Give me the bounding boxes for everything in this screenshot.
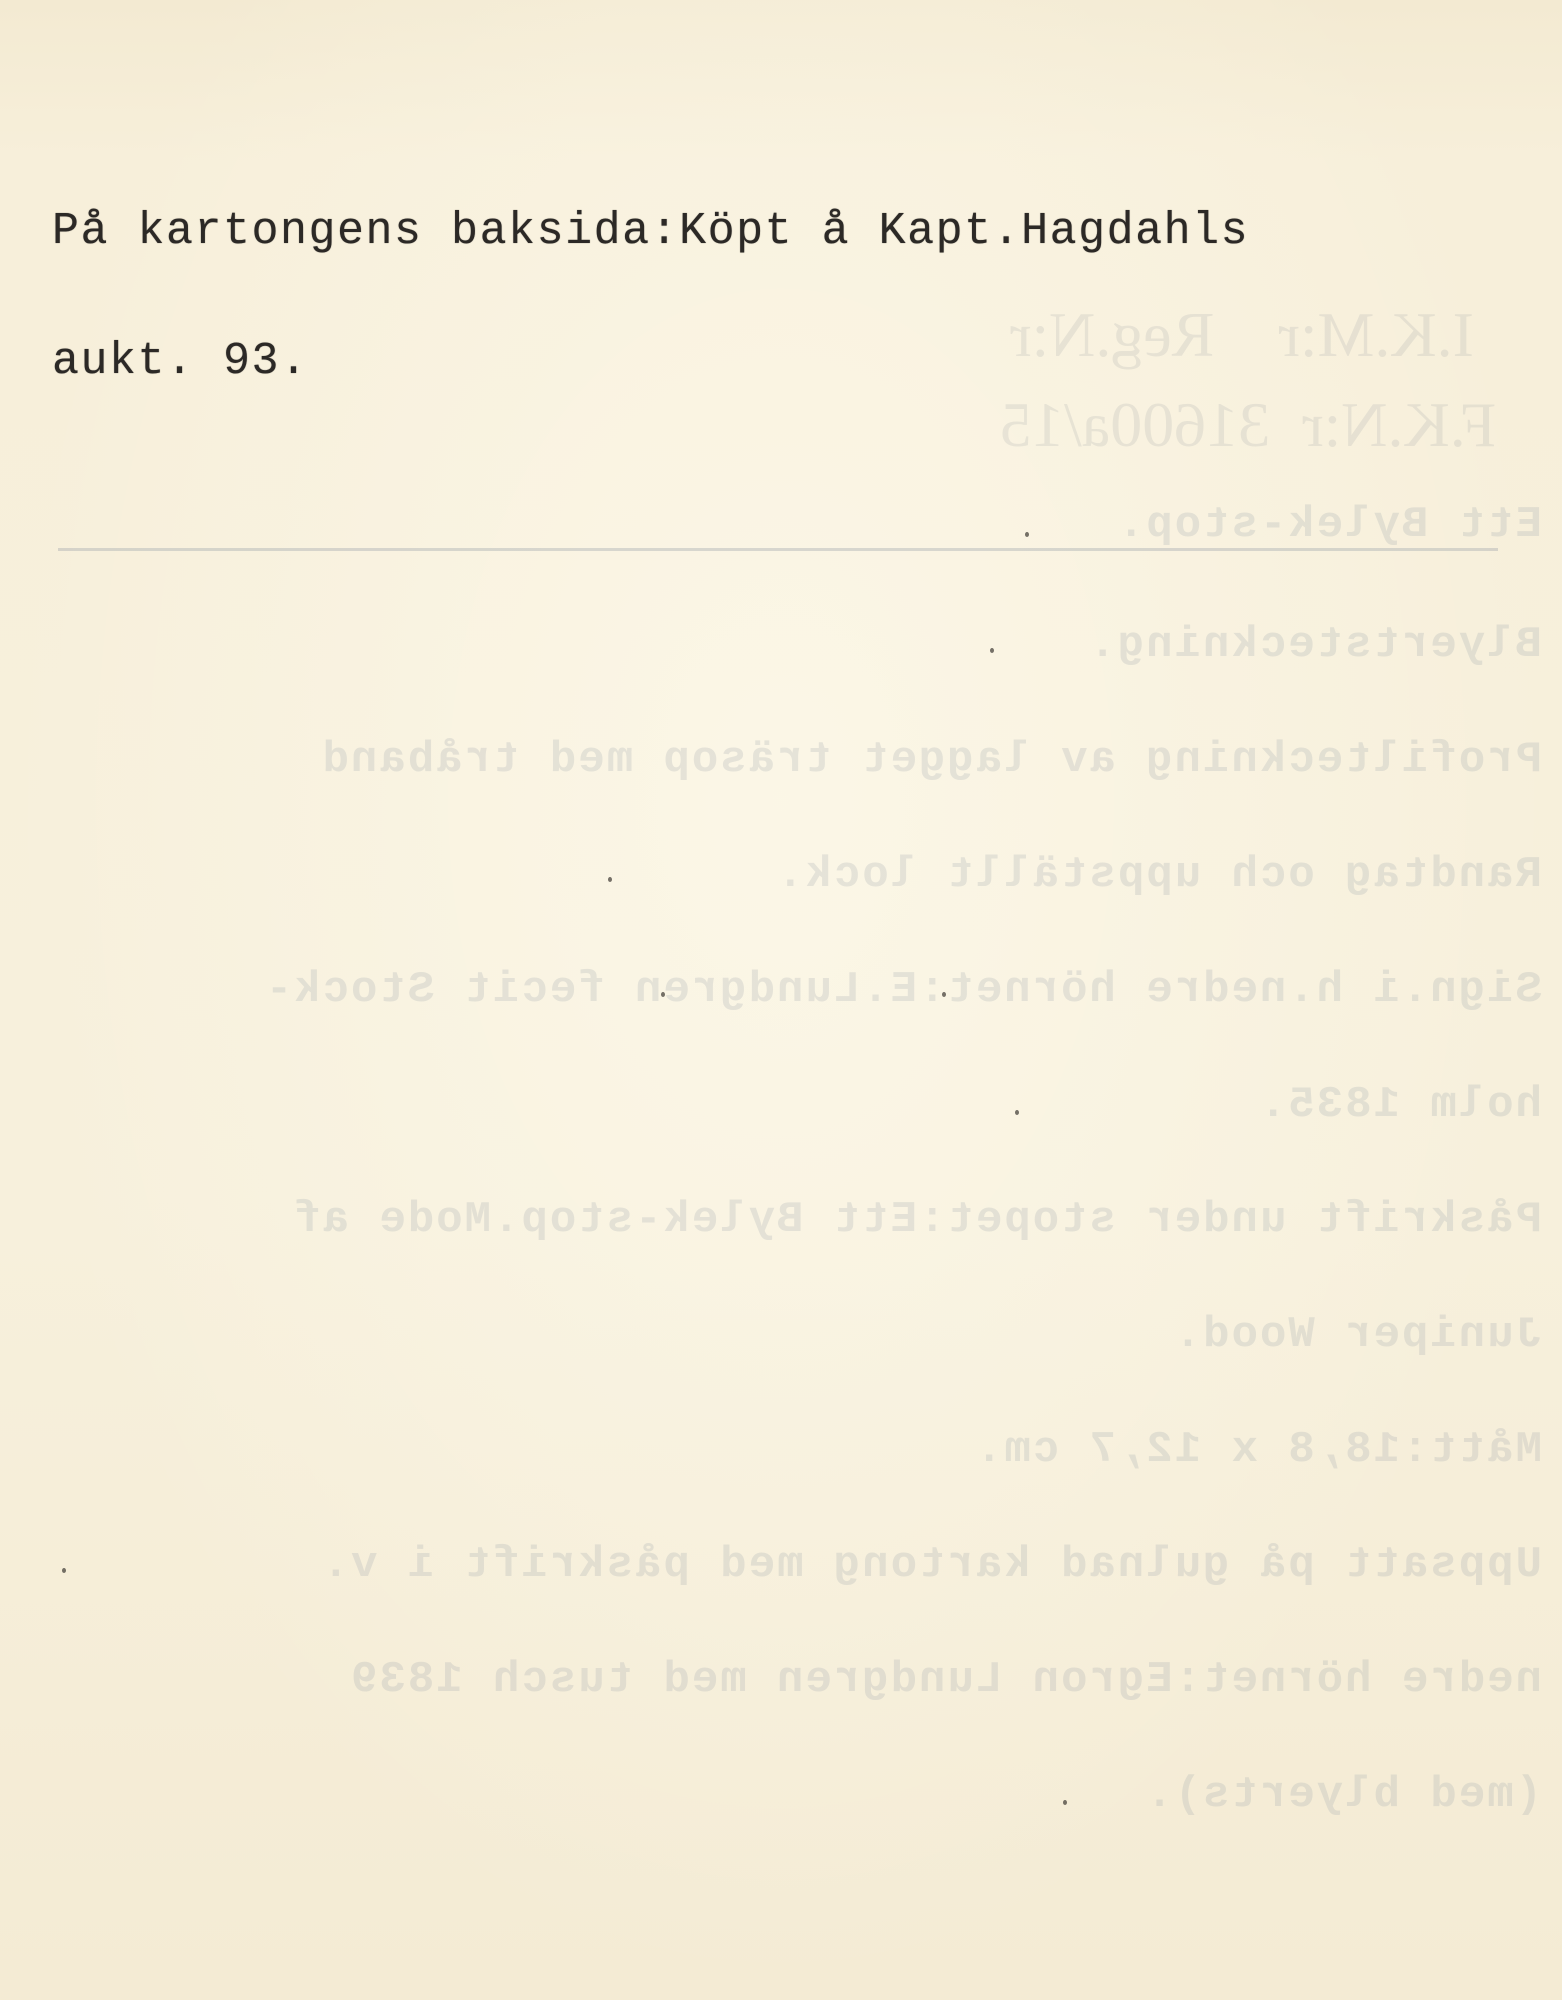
stamp-show-through: F.K.N:r 31600a/15: [1000, 240, 1496, 536]
paper-speck: [1063, 1800, 1067, 1805]
stamp-line: F.K.N:r 31600a/15: [1000, 388, 1496, 462]
typed-text-line: aukt. 93.: [52, 336, 309, 387]
paper-speck: [661, 992, 665, 997]
paper-speck: [62, 1568, 66, 1573]
typed-text-line: På kartongens baksida:Köpt å Kapt.Hagdah…: [52, 206, 1249, 257]
paper-speck: [1025, 532, 1029, 537]
paper-speck: [990, 648, 994, 653]
horizontal-rule-show-through: [58, 548, 1498, 551]
paper-speck: [1015, 1110, 1019, 1115]
paper-speck: [608, 877, 612, 882]
paper-speck: [942, 992, 946, 997]
